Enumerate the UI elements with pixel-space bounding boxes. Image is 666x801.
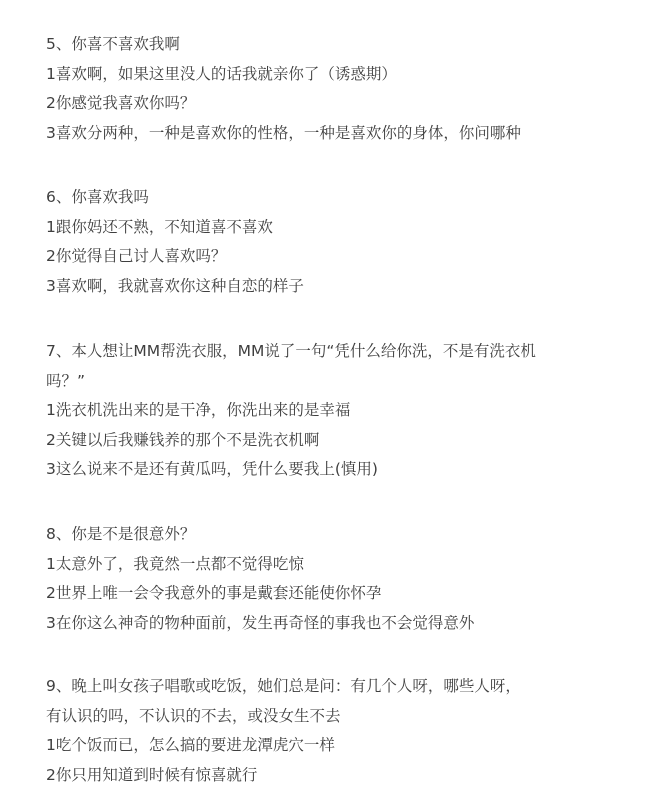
answer-text: 1喜欢啊，如果这里没人的话我就亲你了（诱惑期）	[46, 60, 646, 90]
question-text: 7、本人想让MM帮洗衣服，MM说了一句“凭什么给你洗，不是有洗衣机	[46, 337, 646, 367]
qa-section-6: 6、你喜欢我吗 1跟你妈还不熟，不知道喜不喜欢 2你觉得自己讨人喜欢吗？ 3喜欢…	[46, 183, 646, 301]
qa-section-5: 5、你喜不喜欢我啊 1喜欢啊，如果这里没人的话我就亲你了（诱惑期） 2你感觉我喜…	[46, 30, 646, 148]
qa-section-7: 7、本人想让MM帮洗衣服，MM说了一句“凭什么给你洗，不是有洗衣机 吗？” 1洗…	[46, 337, 646, 485]
question-text: 5、你喜不喜欢我啊	[46, 30, 646, 60]
question-text: 9、晚上叫女孩子唱歌或吃饭，她们总是问：有几个人呀，哪些人呀，	[46, 672, 646, 702]
question-text: 8、你是不是很意外？	[46, 520, 646, 550]
answer-text: 2世界上唯一会令我意外的事是戴套还能使你怀孕	[46, 579, 646, 609]
question-text-continued: 有认识的吗，不认识的不去，或没女生不去	[46, 702, 646, 732]
answer-text: 1太意外了，我竟然一点都不觉得吃惊	[46, 550, 646, 580]
answer-text: 3喜欢啊，我就喜欢你这种自恋的样子	[46, 272, 646, 302]
answer-text: 3喜欢分两种，一种是喜欢你的性格，一种是喜欢你的身体，你问哪种	[46, 119, 646, 149]
qa-section-9: 9、晚上叫女孩子唱歌或吃饭，她们总是问：有几个人呀，哪些人呀， 有认识的吗，不认…	[46, 672, 646, 790]
answer-text: 3在你这么神奇的物种面前，发生再奇怪的事我也不会觉得意外	[46, 609, 646, 639]
question-text-continued: 吗？”	[46, 367, 646, 397]
answer-text: 2你觉得自己讨人喜欢吗？	[46, 242, 646, 272]
qa-section-8: 8、你是不是很意外？ 1太意外了，我竟然一点都不觉得吃惊 2世界上唯一会令我意外…	[46, 520, 646, 638]
question-text: 6、你喜欢我吗	[46, 183, 646, 213]
answer-text: 1洗衣机洗出来的是干净，你洗出来的是幸福	[46, 396, 646, 426]
answer-text: 2你只用知道到时候有惊喜就行	[46, 761, 646, 791]
answer-text: 3这么说来不是还有黄瓜吗，凭什么要我上(慎用)	[46, 455, 646, 485]
answer-text: 1吃个饭而已，怎么搞的要进龙潭虎穴一样	[46, 731, 646, 761]
answer-text: 2你感觉我喜欢你吗？	[46, 89, 646, 119]
answer-text: 1跟你妈还不熟，不知道喜不喜欢	[46, 213, 646, 243]
answer-text: 2关键以后我赚钱养的那个不是洗衣机啊	[46, 426, 646, 456]
